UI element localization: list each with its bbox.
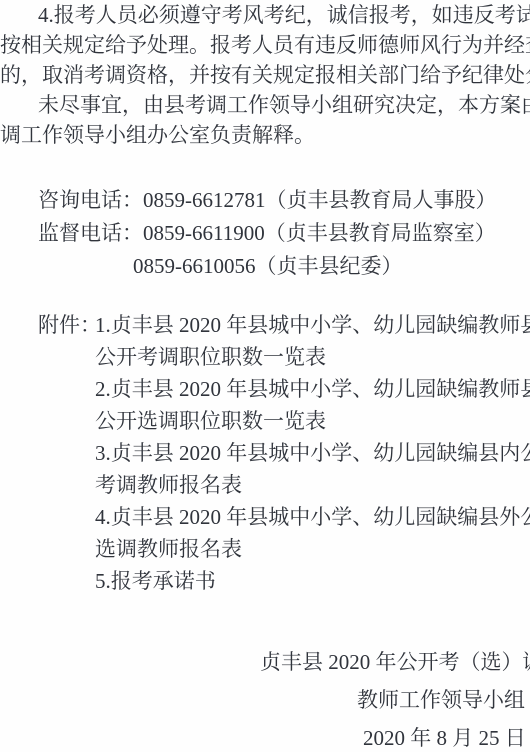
contact-phones: 咨询电话：0859-6612781（贞丰县教育局人事股） 监督电话：0859-6… bbox=[0, 184, 530, 283]
attachment-item-1-line1: 1.贞丰县 2020 年县城中小学、幼儿园缺编教师县内 bbox=[95, 309, 530, 341]
paragraph2-line1: 未尽事宜，由县考调工作领导小组研究决定，本方案由县考 bbox=[0, 90, 530, 120]
attachment-item-1-line2: 公开考调职位职数一览表 bbox=[95, 341, 530, 373]
attachment-item-3-line1: 3.贞丰县 2020 年县城中小学、幼儿园缺编县内公开 bbox=[95, 437, 530, 469]
paragraph1-line3: 的，取消考调资格，并按有关规定报相关部门给予纪律处分。 bbox=[0, 60, 530, 90]
attachment-item-3-line2: 考调教师报名表 bbox=[95, 469, 530, 501]
paragraph1-line1: 4.报考人员必须遵守考风考纪，诚信报考，如违反考试纪律， bbox=[0, 0, 530, 30]
supervise-phone-line: 监督电话：0859-6611900（贞丰县教育局监察室） bbox=[0, 217, 530, 250]
attachment-items: 1.贞丰县 2020 年县城中小学、幼儿园缺编教师县内 公开考调职位职数一览表 … bbox=[95, 309, 530, 597]
attachment-item-4-line2: 选调教师报名表 bbox=[95, 533, 530, 565]
attachment-item-5-line1: 5.报考承诺书 bbox=[95, 565, 530, 597]
body-paragraphs: 4.报考人员必须遵守考风考纪，诚信报考，如违反考试纪律， 按相关规定给予处理。报… bbox=[0, 0, 530, 150]
signature-date: 2020 年 8 月 25 日 bbox=[0, 719, 530, 752]
signature-org-line2: 教师工作领导小组 bbox=[0, 681, 530, 719]
attachment-item-4-line1: 4.贞丰县 2020 年县城中小学、幼儿园缺编县外公开 bbox=[95, 501, 530, 533]
attachment-item-2-line1: 2.贞丰县 2020 年县城中小学、幼儿园缺编教师县外 bbox=[95, 373, 530, 405]
consult-phone-line: 咨询电话：0859-6612781（贞丰县教育局人事股） bbox=[0, 184, 530, 217]
attachments-list: 附件： 1.贞丰县 2020 年县城中小学、幼儿园缺编教师县内 公开考调职位职数… bbox=[0, 309, 530, 597]
attachments-label: 附件： bbox=[38, 309, 101, 341]
document-page: 4.报考人员必须遵守考风考纪，诚信报考，如违反考试纪律， 按相关规定给予处理。报… bbox=[0, 0, 530, 752]
supervise-phone-line2: 0859-6610056（贞丰县纪委） bbox=[0, 250, 530, 283]
paragraph1-line2: 按相关规定给予处理。报考人员有违反师德师风行为并经查实 bbox=[0, 30, 530, 60]
paragraph2-line2: 调工作领导小组办公室负责解释。 bbox=[0, 120, 530, 150]
attachment-item-2-line2: 公开选调职位职数一览表 bbox=[95, 405, 530, 437]
signature-org-line1: 贞丰县 2020 年公开考（选）调 bbox=[0, 643, 530, 681]
signature-block: 贞丰县 2020 年公开考（选）调 教师工作领导小组 2020 年 8 月 25… bbox=[0, 643, 530, 752]
